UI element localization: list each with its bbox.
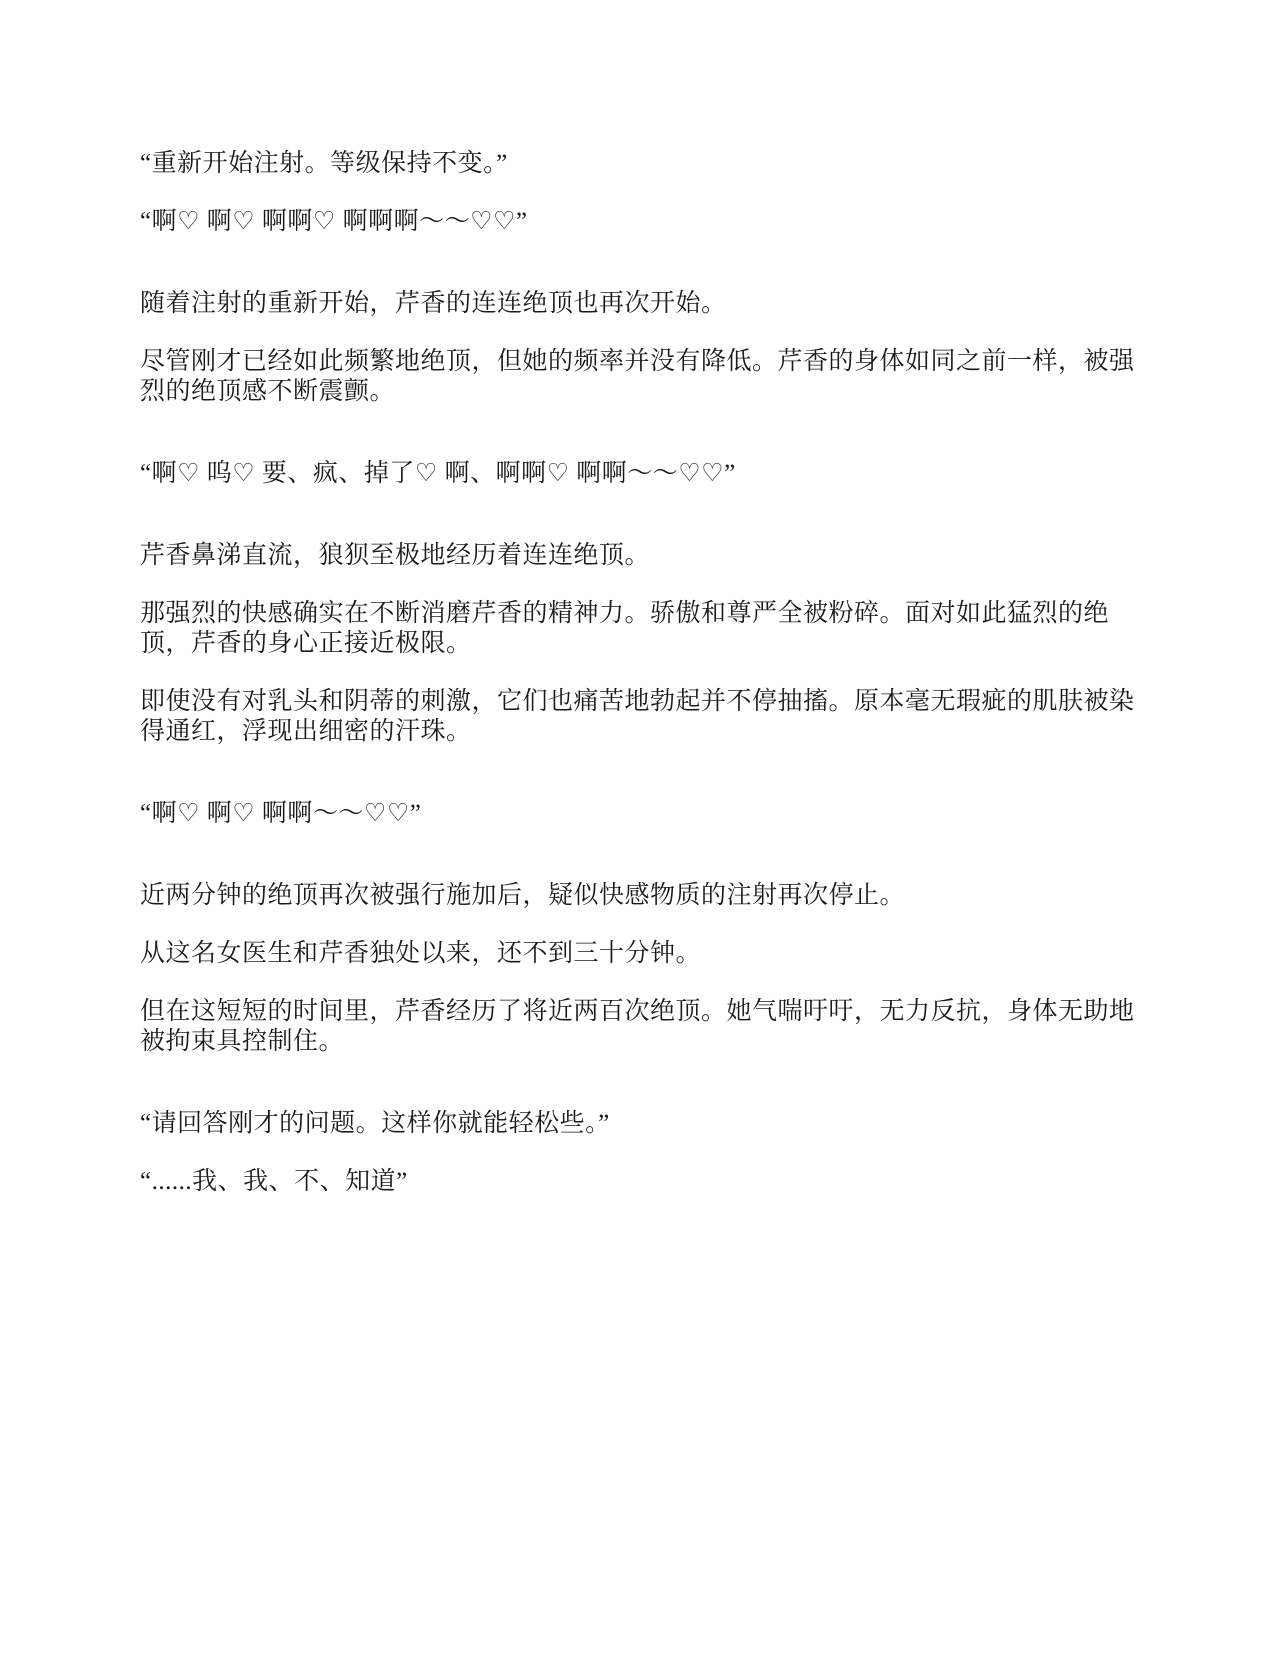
paragraph-dialogue: “请回答刚才的问题。这样你就能轻松些。” bbox=[140, 1109, 1145, 1139]
paragraph-narration: 从这名女医生和芹香独处以来，还不到三十分钟。 bbox=[140, 939, 1145, 969]
paragraph-narration: 但在这短短的时间里，芹香经历了将近两百次绝顶。她气喘吁吁，无力反抗，身体无助地被… bbox=[140, 997, 1145, 1057]
paragraph-narration: 芹香鼻涕直流，狼狈至极地经历着连连绝顶。 bbox=[140, 541, 1145, 571]
paragraph-narration: 近两分钟的绝顶再次被强行施加后，疑似快感物质的注射再次停止。 bbox=[140, 881, 1145, 911]
paragraph-narration: 那强烈的快感确实在不断消磨芹香的精神力。骄傲和尊严全被粉碎。面对如此猛烈的绝顶，… bbox=[140, 599, 1145, 659]
paragraph-dialogue: “啊♡ 啊♡ 啊啊♡ 啊啊啊～～♡♡” bbox=[140, 207, 1145, 237]
paragraph-dialogue: “啊♡ 呜♡ 要、疯、掉了♡ 啊、啊啊♡ 啊啊～～♡♡” bbox=[140, 459, 1145, 489]
paragraph-dialogue: “啊♡ 啊♡ 啊啊～～♡♡” bbox=[140, 799, 1145, 829]
paragraph-narration: 即使没有对乳头和阴蒂的刺激，它们也痛苦地勃起并不停抽搐。原本毫无瑕疵的肌肤被染得… bbox=[140, 687, 1145, 747]
paragraph-narration: 随着注射的重新开始，芹香的连连绝顶也再次开始。 bbox=[140, 289, 1145, 319]
document-page: “重新开始注射。等级保持不变。” “啊♡ 啊♡ 啊啊♡ 啊啊啊～～♡♡” 随着注… bbox=[0, 0, 1280, 1656]
paragraph-narration: 尽管刚才已经如此频繁地绝顶，但她的频率并没有降低。芹香的身体如同之前一样，被强烈… bbox=[140, 347, 1145, 407]
paragraph-dialogue: “......我、我、不、知道” bbox=[140, 1167, 1145, 1197]
paragraph-dialogue: “重新开始注射。等级保持不变。” bbox=[140, 149, 1145, 179]
